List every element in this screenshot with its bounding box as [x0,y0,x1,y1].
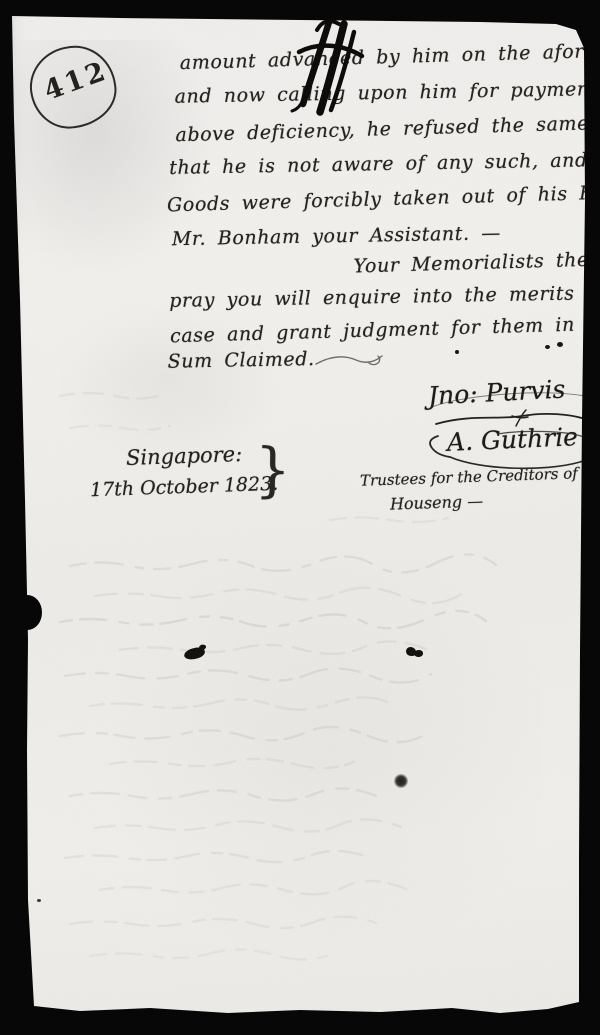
memorial-text-line: Sum Claimed. [167,348,314,373]
memorial-text-block: amount advanced by him on the aforesaid … [0,0,600,607]
dateline-brace: } [254,436,291,505]
memorial-text-line: case and grant judgment for them in th [170,313,600,348]
paper-stain [120,560,540,940]
memorial-text-line: above deficiency, he refused the same — … [175,110,600,146]
memorial-text-line: pray you will enquire into the merits of… [169,281,600,312]
scan-background: 412 amount advanced by him on the afores… [0,0,600,1035]
scanned-document-viewport: { "scan_colors": { "background_color": "… [0,0,600,1035]
memorial-text-line: Goods were forcibly taken out of his Hou… [167,181,600,216]
signature-capacity-line: Houseng — [390,491,484,513]
memorial-text-line: amount advanced by him on the aforesaid … [180,38,600,74]
dateline-place: Singapore: [126,442,243,470]
memorial-text-line: that he is not aware of any such, and th… [169,148,600,178]
signature-guthrie: A. Guthrie [446,422,578,457]
ink-spot [557,342,563,347]
ink-blot [183,646,205,660]
memorial-text-line: and now calling upon him for payment of … [174,77,600,108]
memorial-text-line: Mr. Bonham your Assistant. — [172,222,501,250]
memorial-text-line: Your Memorialists ther [353,248,599,277]
ink-spot [394,774,408,788]
dust-speck [37,899,41,902]
ink-spot [545,345,550,349]
ink-blot [406,647,416,656]
binding-notch [13,595,42,630]
manuscript-page: 412 amount advanced by him on the afores… [0,0,600,1035]
ink-spot [455,350,459,354]
